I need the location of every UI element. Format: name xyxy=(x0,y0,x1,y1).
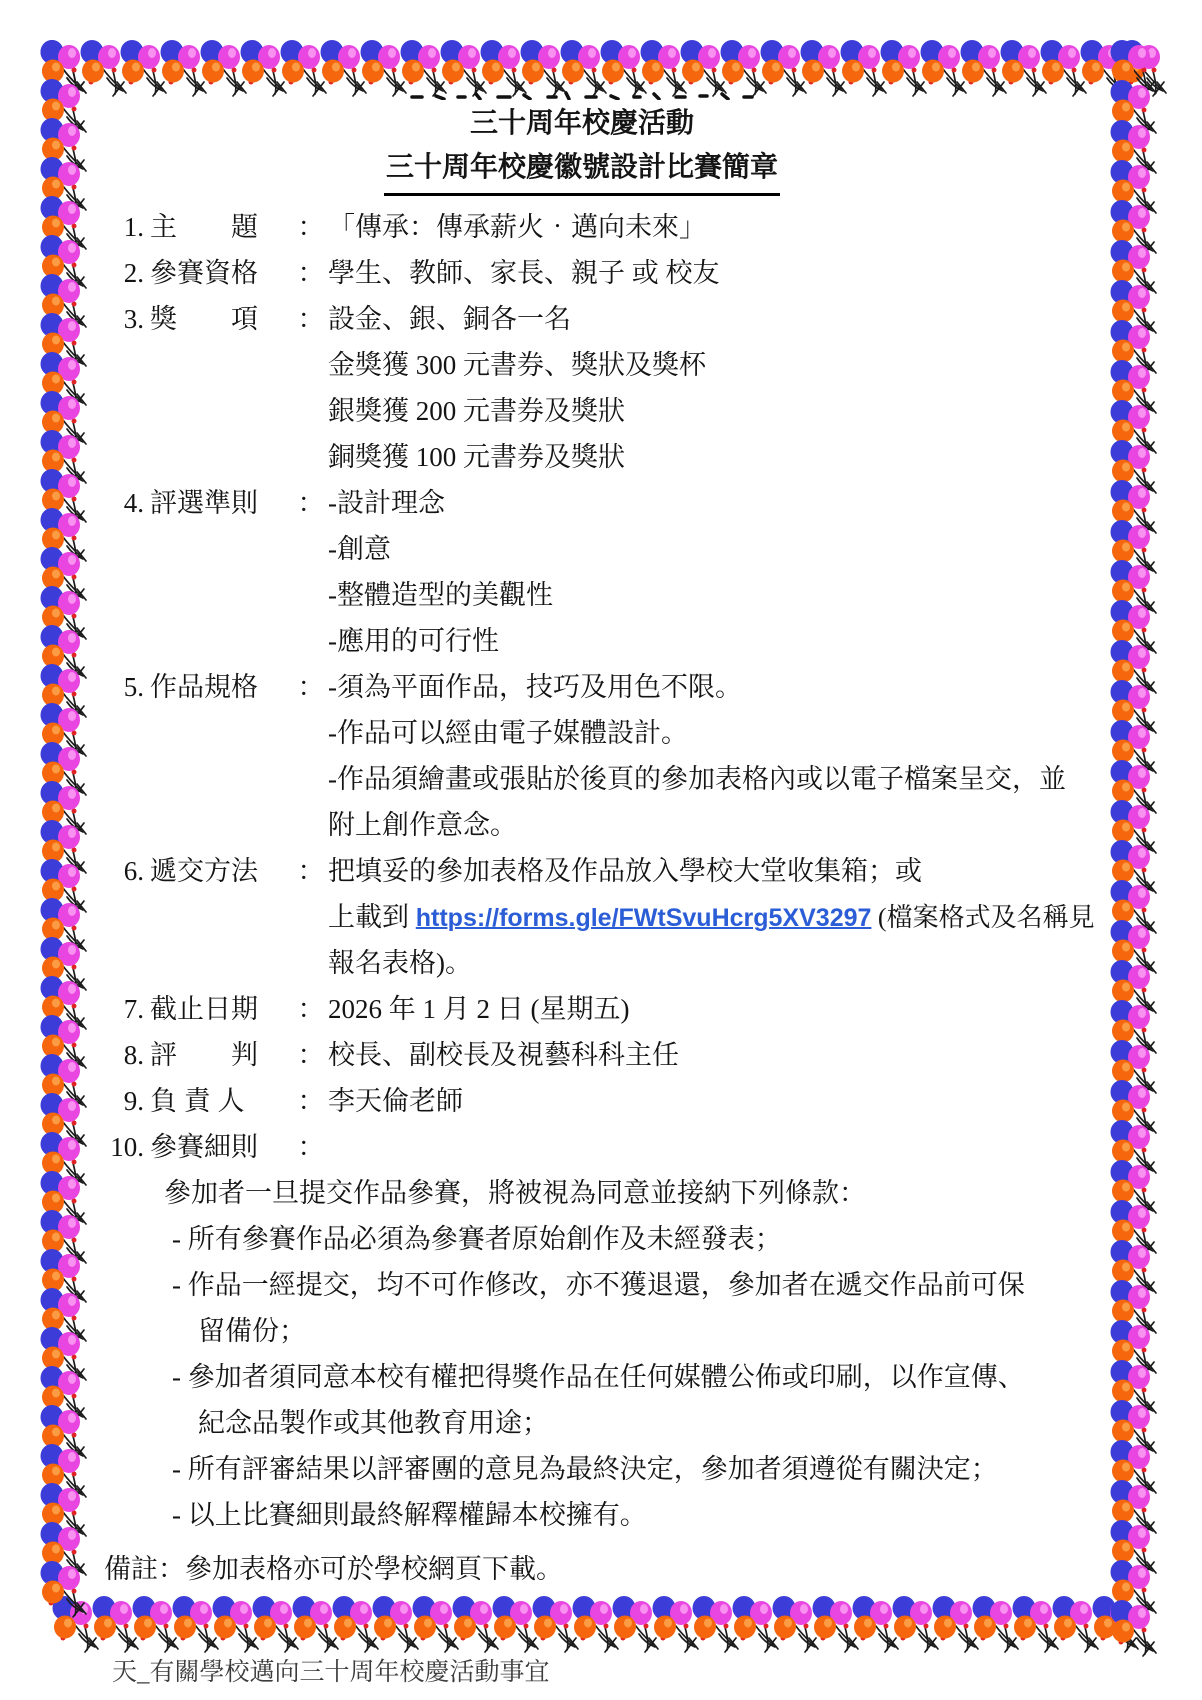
balloon-cluster-icon xyxy=(38,157,88,215)
balloon-cluster-icon xyxy=(38,781,88,839)
balloon-cluster-icon xyxy=(330,1596,380,1654)
balloon-cluster-icon xyxy=(1108,400,1158,458)
page-footer-note: 天_有關學校邁向三十周年校慶活動事宜 xyxy=(112,1652,550,1688)
balloon-cluster-icon xyxy=(38,508,88,566)
balloon-cluster-icon xyxy=(38,1327,88,1385)
item-eligibility: 2. 參賽資格 ： 學生、教師、家長、親子 或 校友 xyxy=(104,250,1060,296)
item-colon: ： xyxy=(294,250,328,296)
item-colon: ： xyxy=(294,1078,328,1124)
balloon-cluster-icon xyxy=(38,1171,88,1229)
item-colon: ： xyxy=(294,986,328,1032)
balloon-cluster-icon xyxy=(490,1596,540,1654)
item-number: 1. xyxy=(104,204,144,250)
item-person-in-charge: 9. 負 責 人 ： 李天倫老師 xyxy=(104,1078,1060,1124)
item-continuation: -應用的可行性 xyxy=(104,618,1060,664)
balloon-cluster-icon xyxy=(38,1249,88,1307)
balloon-cluster-icon xyxy=(38,1561,88,1619)
rule-bullet-wrap: 留備份； xyxy=(104,1308,1060,1354)
balloon-cluster-icon xyxy=(38,1483,88,1541)
balloon-cluster-icon xyxy=(1108,360,1158,418)
balloon-cluster-icon xyxy=(38,1288,88,1346)
balloon-cluster-icon xyxy=(890,1596,940,1654)
balloon-cluster-icon xyxy=(530,1596,580,1654)
item-number: 5. xyxy=(104,664,144,710)
item-value: 把填妥的參加表格及作品放入學校大堂收集箱；或 xyxy=(328,848,1060,894)
rule-bullet: - 以上比賽細則最終解釋權歸本校擁有。 xyxy=(104,1492,1060,1538)
balloon-cluster-icon xyxy=(1108,40,1158,98)
balloon-cluster-icon xyxy=(1108,1120,1158,1178)
balloon-cluster-icon xyxy=(38,40,88,98)
balloon-cluster-icon xyxy=(250,1596,300,1654)
balloon-cluster-icon xyxy=(38,1210,88,1268)
item-value xyxy=(328,1124,1060,1170)
item-label: 評選準則 xyxy=(150,480,294,526)
balloon-cluster-icon xyxy=(1090,1596,1140,1654)
balloon-cluster-icon xyxy=(38,196,88,254)
document-title-line1: 三十周年校慶活動 xyxy=(104,102,1060,146)
item-value: 校長、副校長及視藝科科主任 xyxy=(328,1032,1060,1078)
item-continuation: 銅獎獲 100 元書券及獎狀 xyxy=(104,434,1060,480)
balloon-cluster-icon xyxy=(1108,1560,1158,1618)
balloon-cluster-icon xyxy=(1108,1600,1158,1658)
balloon-cluster-icon xyxy=(1108,480,1158,538)
balloon-cluster-icon xyxy=(970,1596,1020,1654)
balloon-cluster-icon xyxy=(690,1596,740,1654)
item-submission: 6. 遞交方法 ： 把填妥的參加表格及作品放入學校大堂收集箱；或 xyxy=(104,848,1060,894)
balloon-cluster-icon xyxy=(1108,800,1158,858)
balloon-cluster-icon xyxy=(1108,440,1158,498)
balloon-cluster-icon xyxy=(610,1596,660,1654)
balloon-cluster-icon xyxy=(1108,120,1158,178)
item-number: 10. xyxy=(104,1124,144,1170)
balloon-cluster-icon xyxy=(1108,160,1158,218)
rule-bullet: - 作品一經提交，均不可作修改，亦不獲退還，參加者在遞交作品前可保 xyxy=(104,1262,1060,1308)
balloon-cluster-icon xyxy=(770,1596,820,1654)
balloon-cluster-icon xyxy=(1108,1200,1158,1258)
balloon-cluster-icon xyxy=(1108,520,1158,578)
item-value: 學生、教師、家長、親子 或 校友 xyxy=(328,250,1060,296)
balloon-cluster-icon xyxy=(38,898,88,956)
balloon-cluster-icon xyxy=(930,1596,980,1654)
item-value: 設金、銀、銅各一名 xyxy=(328,296,1060,342)
balloon-cluster-icon xyxy=(410,1596,460,1654)
balloon-cluster-icon xyxy=(1108,1440,1158,1498)
item-label: 作品規格 xyxy=(150,664,294,710)
balloon-cluster-icon xyxy=(1108,1320,1158,1378)
url-prefix: 上載到 xyxy=(328,902,416,932)
item-number: 6. xyxy=(104,848,144,894)
item-label: 負 責 人 xyxy=(150,1078,294,1124)
balloon-cluster-icon xyxy=(1108,960,1158,1018)
item-value: 2026 年 1 月 2 日 (星期五) xyxy=(328,986,1060,1032)
balloon-cluster-icon xyxy=(38,79,88,137)
balloon-cluster-icon xyxy=(1108,1400,1158,1458)
item-prizes: 3. 獎 項 ： 設金、銀、銅各一名 xyxy=(104,296,1060,342)
balloon-cluster-icon xyxy=(1108,1240,1158,1298)
balloon-cluster-icon xyxy=(38,1015,88,1073)
item-continuation: 金獎獲 300 元書券、獎狀及獎杯 xyxy=(104,342,1060,388)
item-rules: 10. 參賽細則 ： xyxy=(104,1124,1060,1170)
balloon-cluster-icon xyxy=(1108,600,1158,658)
balloon-cluster-icon xyxy=(1108,720,1158,778)
item-continuation: -作品須繪畫或張貼於後頁的參加表格內或以電子檔案呈交，並 xyxy=(104,756,1060,802)
balloon-cluster-icon xyxy=(38,391,88,449)
item-judges: 8. 評 判 ： 校長、副校長及視藝科科主任 xyxy=(104,1032,1060,1078)
balloon-cluster-icon xyxy=(370,1596,420,1654)
item-colon: ： xyxy=(294,848,328,894)
balloon-cluster-icon xyxy=(38,547,88,605)
document-page: 三十周年校慶活動 三十周年校慶徽號設計比賽簡章 1. 主 題 ： 「傳承：傳承薪… xyxy=(0,0,1202,1700)
balloon-cluster-icon xyxy=(1050,1596,1100,1654)
item-colon: ： xyxy=(294,204,328,250)
rule-bullet: - 參加者須同意本校有權把得獎作品在任何媒體公佈或印刷，以作宣傳、 xyxy=(104,1354,1060,1400)
item-continuation: -整體造型的美觀性 xyxy=(104,572,1060,618)
remark-line: 備註：參加表格亦可於學校網頁下載。 xyxy=(104,1546,1060,1592)
balloon-cluster-icon xyxy=(290,1596,340,1654)
balloon-cluster-icon xyxy=(1108,80,1158,138)
balloon-cluster-icon xyxy=(650,1596,700,1654)
balloon-cluster-icon xyxy=(38,742,88,800)
item-label: 截止日期 xyxy=(150,986,294,1032)
document-content: 三十周年校慶活動 三十周年校慶徽號設計比賽簡章 1. 主 題 ： 「傳承：傳承薪… xyxy=(104,84,1060,1592)
balloon-cluster-icon xyxy=(38,118,88,176)
item-number: 7. xyxy=(104,986,144,1032)
balloon-cluster-icon xyxy=(1108,1160,1158,1218)
balloon-cluster-icon xyxy=(810,1596,860,1654)
item-value: 李天倫老師 xyxy=(328,1078,1060,1124)
rules-intro: 參加者一旦提交作品參賽，將被視為同意並接納下列條款： xyxy=(104,1170,1060,1216)
item-colon: ： xyxy=(294,480,328,526)
balloon-cluster-icon xyxy=(1108,640,1158,698)
balloon-cluster-icon xyxy=(38,820,88,878)
rule-bullet: - 所有參賽作品必須為參賽者原始創作及未經發表； xyxy=(104,1216,1060,1262)
item-value: 「傳承：傳承薪火‧邁向未來」 xyxy=(328,204,1060,250)
item-label: 參賽資格 xyxy=(150,250,294,296)
balloon-cluster-icon xyxy=(1108,200,1158,258)
balloon-cluster-icon xyxy=(38,1054,88,1112)
balloon-cluster-icon xyxy=(38,664,88,722)
item-label: 主 題 xyxy=(150,204,294,250)
balloon-cluster-icon xyxy=(210,1596,260,1654)
balloon-cluster-icon xyxy=(38,430,88,488)
balloon-cluster-icon xyxy=(38,1093,88,1151)
balloon-cluster-icon xyxy=(170,1596,220,1654)
balloon-cluster-icon xyxy=(38,976,88,1034)
item-colon: ： xyxy=(294,1032,328,1078)
balloon-cluster-icon xyxy=(38,235,88,293)
balloon-cluster-icon xyxy=(1108,240,1158,298)
item-value: -須為平面作品，技巧及用色不限。 xyxy=(328,664,1060,710)
item-continuation: 銀獎獲 200 元書券及獎狀 xyxy=(104,388,1060,434)
item-label: 評 判 xyxy=(150,1032,294,1078)
item-label: 遞交方法 xyxy=(150,848,294,894)
item-label: 參賽細則 xyxy=(150,1124,294,1170)
item-value: -設計理念 xyxy=(328,480,1060,526)
item-spec: 5. 作品規格 ： -須為平面作品，技巧及用色不限。 xyxy=(104,664,1060,710)
item-number: 2. xyxy=(104,250,144,296)
balloon-cluster-icon xyxy=(730,1596,780,1654)
balloon-cluster-icon xyxy=(38,703,88,761)
item-criteria: 4. 評選準則 ： -設計理念 xyxy=(104,480,1060,526)
balloon-cluster-icon xyxy=(130,1596,180,1654)
rule-bullet: - 所有評審結果以評審團的意見為最終決定，參加者須遵從有關決定； xyxy=(104,1446,1060,1492)
balloon-cluster-icon xyxy=(1108,840,1158,898)
balloon-cluster-icon xyxy=(1108,320,1158,378)
balloon-cluster-icon xyxy=(38,40,88,98)
item-number: 8. xyxy=(104,1032,144,1078)
balloon-cluster-icon xyxy=(450,1596,500,1654)
balloon-cluster-icon xyxy=(38,859,88,917)
clipped-header-remnants xyxy=(104,84,1060,102)
item-colon: ： xyxy=(294,1124,328,1170)
balloon-cluster-icon xyxy=(1118,40,1168,98)
item-continuation-url: 上載到 https://forms.gle/FWtSvuHcrg5XV3297 … xyxy=(104,894,1060,940)
balloon-cluster-icon xyxy=(570,1596,620,1654)
balloon-cluster-icon xyxy=(38,1405,88,1463)
document-title-line2-wrap: 三十周年校慶徽號設計比賽簡章 xyxy=(104,146,1060,190)
balloon-cluster-icon xyxy=(38,1132,88,1190)
balloon-cluster-icon xyxy=(38,313,88,371)
balloon-cluster-icon xyxy=(850,1596,900,1654)
balloon-cluster-icon xyxy=(38,1522,88,1580)
balloon-cluster-icon xyxy=(1108,920,1158,978)
document-title-line2: 三十周年校慶徽號設計比賽簡章 xyxy=(384,146,780,196)
item-continuation: 報名表格)。 xyxy=(104,940,1060,986)
balloon-cluster-icon xyxy=(1108,560,1158,618)
item-colon: ： xyxy=(294,664,328,710)
balloon-cluster-icon xyxy=(1078,40,1128,98)
balloon-cluster-icon xyxy=(1108,280,1158,338)
balloon-cluster-icon xyxy=(1108,1040,1158,1098)
item-continuation: -創意 xyxy=(104,526,1060,572)
item-label: 獎 項 xyxy=(150,296,294,342)
balloon-cluster-icon xyxy=(1108,760,1158,818)
balloon-cluster-icon xyxy=(38,469,88,527)
item-number: 3. xyxy=(104,296,144,342)
balloon-cluster-icon xyxy=(1108,1360,1158,1418)
submission-form-link[interactable]: https://forms.gle/FWtSvuHcrg5XV3297 xyxy=(416,904,872,932)
balloon-cluster-icon xyxy=(1108,1000,1158,1058)
balloon-cluster-icon xyxy=(38,586,88,644)
balloon-cluster-icon xyxy=(38,625,88,683)
item-deadline: 7. 截止日期 ： 2026 年 1 月 2 日 (星期五) xyxy=(104,986,1060,1032)
item-number: 4. xyxy=(104,480,144,526)
balloon-cluster-icon xyxy=(1010,1596,1060,1654)
item-colon: ： xyxy=(294,296,328,342)
balloon-cluster-icon xyxy=(1108,1080,1158,1138)
balloon-cluster-icon xyxy=(1108,880,1158,938)
balloon-cluster-icon xyxy=(50,1596,100,1654)
balloon-cluster-icon xyxy=(38,274,88,332)
url-suffix: (檔案格式及名稱見 xyxy=(871,903,1094,932)
balloon-cluster-icon xyxy=(38,352,88,410)
balloon-cluster-icon xyxy=(38,937,88,995)
balloon-cluster-icon xyxy=(38,1366,88,1424)
item-theme: 1. 主 題 ： 「傳承：傳承薪火‧邁向未來」 xyxy=(104,204,1060,250)
balloon-cluster-icon xyxy=(90,1596,140,1654)
item-continuation: 附上創作意念。 xyxy=(104,802,1060,848)
balloon-cluster-icon xyxy=(1108,680,1158,738)
item-number: 9. xyxy=(104,1078,144,1124)
rule-bullet-wrap: 紀念品製作或其他教育用途； xyxy=(104,1400,1060,1446)
balloon-cluster-icon xyxy=(1108,1280,1158,1338)
balloon-cluster-icon xyxy=(1108,1480,1158,1538)
item-continuation: -作品可以經由電子媒體設計。 xyxy=(104,710,1060,756)
balloon-cluster-icon xyxy=(1108,1520,1158,1578)
balloon-cluster-icon xyxy=(38,1444,88,1502)
